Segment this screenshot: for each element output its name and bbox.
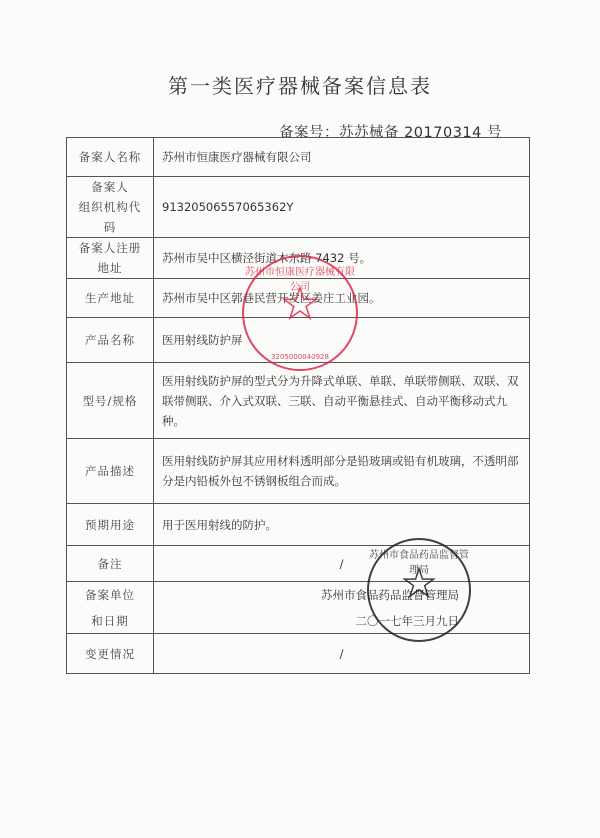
registration-info-table: 备案人名称 苏州市恒康医疗器械有限公司 备案人 组织机构代码 913205065… <box>66 137 530 674</box>
table-row: 备案人名称 苏州市恒康医疗器械有限公司 <box>67 138 530 177</box>
field-value: 医用射线防护屏其应用材料透明部分是铅玻璃或铅有机玻璃，不透明部分是内铅板外包不锈… <box>154 439 530 504</box>
field-label: 预期用途 <box>67 504 154 546</box>
field-label-line: 组织机构代码 <box>75 197 145 237</box>
table-row: 产品名称 医用射线防护屏 <box>67 318 530 363</box>
field-label: 变更情况 <box>67 634 154 674</box>
field-label: 产品描述 <box>67 439 154 504</box>
field-label: 生产地址 <box>67 279 154 318</box>
table-row: 预期用途 用于医用射线的防护。 <box>67 504 530 546</box>
table-row: 生产地址 苏州市吴中区郭巷民营开发区姜庄工业园。 <box>67 279 530 318</box>
field-label: 产品名称 <box>67 318 154 363</box>
field-value: / <box>154 634 530 674</box>
field-label: 备案人 组织机构代码 <box>67 177 154 238</box>
field-value: 苏州市恒康医疗器械有限公司 <box>154 138 530 177</box>
table-row: 备案人注册地址 苏州市吴中区横泾街道木东路 7432 号。 <box>67 238 530 279</box>
table-row: 型号/规格 医用射线防护屏的型式分为升降式单联、单联、单联带侧联、双联、双联带侧… <box>67 363 530 439</box>
field-value: 苏州市食品药品监督管理局 二〇一七年三月九日 <box>154 582 530 634</box>
field-value: 苏州市吴中区郭巷民营开发区姜庄工业园。 <box>154 279 530 318</box>
field-label-line: 备案单位 <box>75 585 145 605</box>
field-value: 苏州市吴中区横泾街道木东路 7432 号。 <box>154 238 530 279</box>
field-value: 医用射线防护屏 <box>154 318 530 363</box>
table-row: 备注 / <box>67 546 530 582</box>
field-label: 备案人名称 <box>67 138 154 177</box>
field-value: / <box>154 546 530 582</box>
field-value: 91320506557065362Y <box>154 177 530 238</box>
table-row: 备案人 组织机构代码 91320506557065362Y <box>67 177 530 238</box>
field-label-line: 备案人 <box>75 177 145 197</box>
field-value: 医用射线防护屏的型式分为升降式单联、单联、单联带侧联、双联、双联带侧联、介入式双… <box>154 363 530 439</box>
field-label-line: 和日期 <box>75 611 145 631</box>
document-title: 第一类医疗器械备案信息表 <box>0 70 600 99</box>
filing-authority: 苏州市食品药品监督管理局 <box>162 585 459 605</box>
field-value: 用于医用射线的防护。 <box>154 504 530 546</box>
filing-date: 二〇一七年三月九日 <box>162 611 459 631</box>
field-label: 备注 <box>67 546 154 582</box>
table-row: 变更情况 / <box>67 634 530 674</box>
field-label: 备案单位 和日期 <box>67 582 154 634</box>
table-row: 备案单位 和日期 苏州市食品药品监督管理局 二〇一七年三月九日 <box>67 582 530 634</box>
field-label: 备案人注册地址 <box>67 238 154 279</box>
field-label: 型号/规格 <box>67 363 154 439</box>
table-row: 产品描述 医用射线防护屏其应用材料透明部分是铅玻璃或铅有机玻璃，不透明部分是内铅… <box>67 439 530 504</box>
